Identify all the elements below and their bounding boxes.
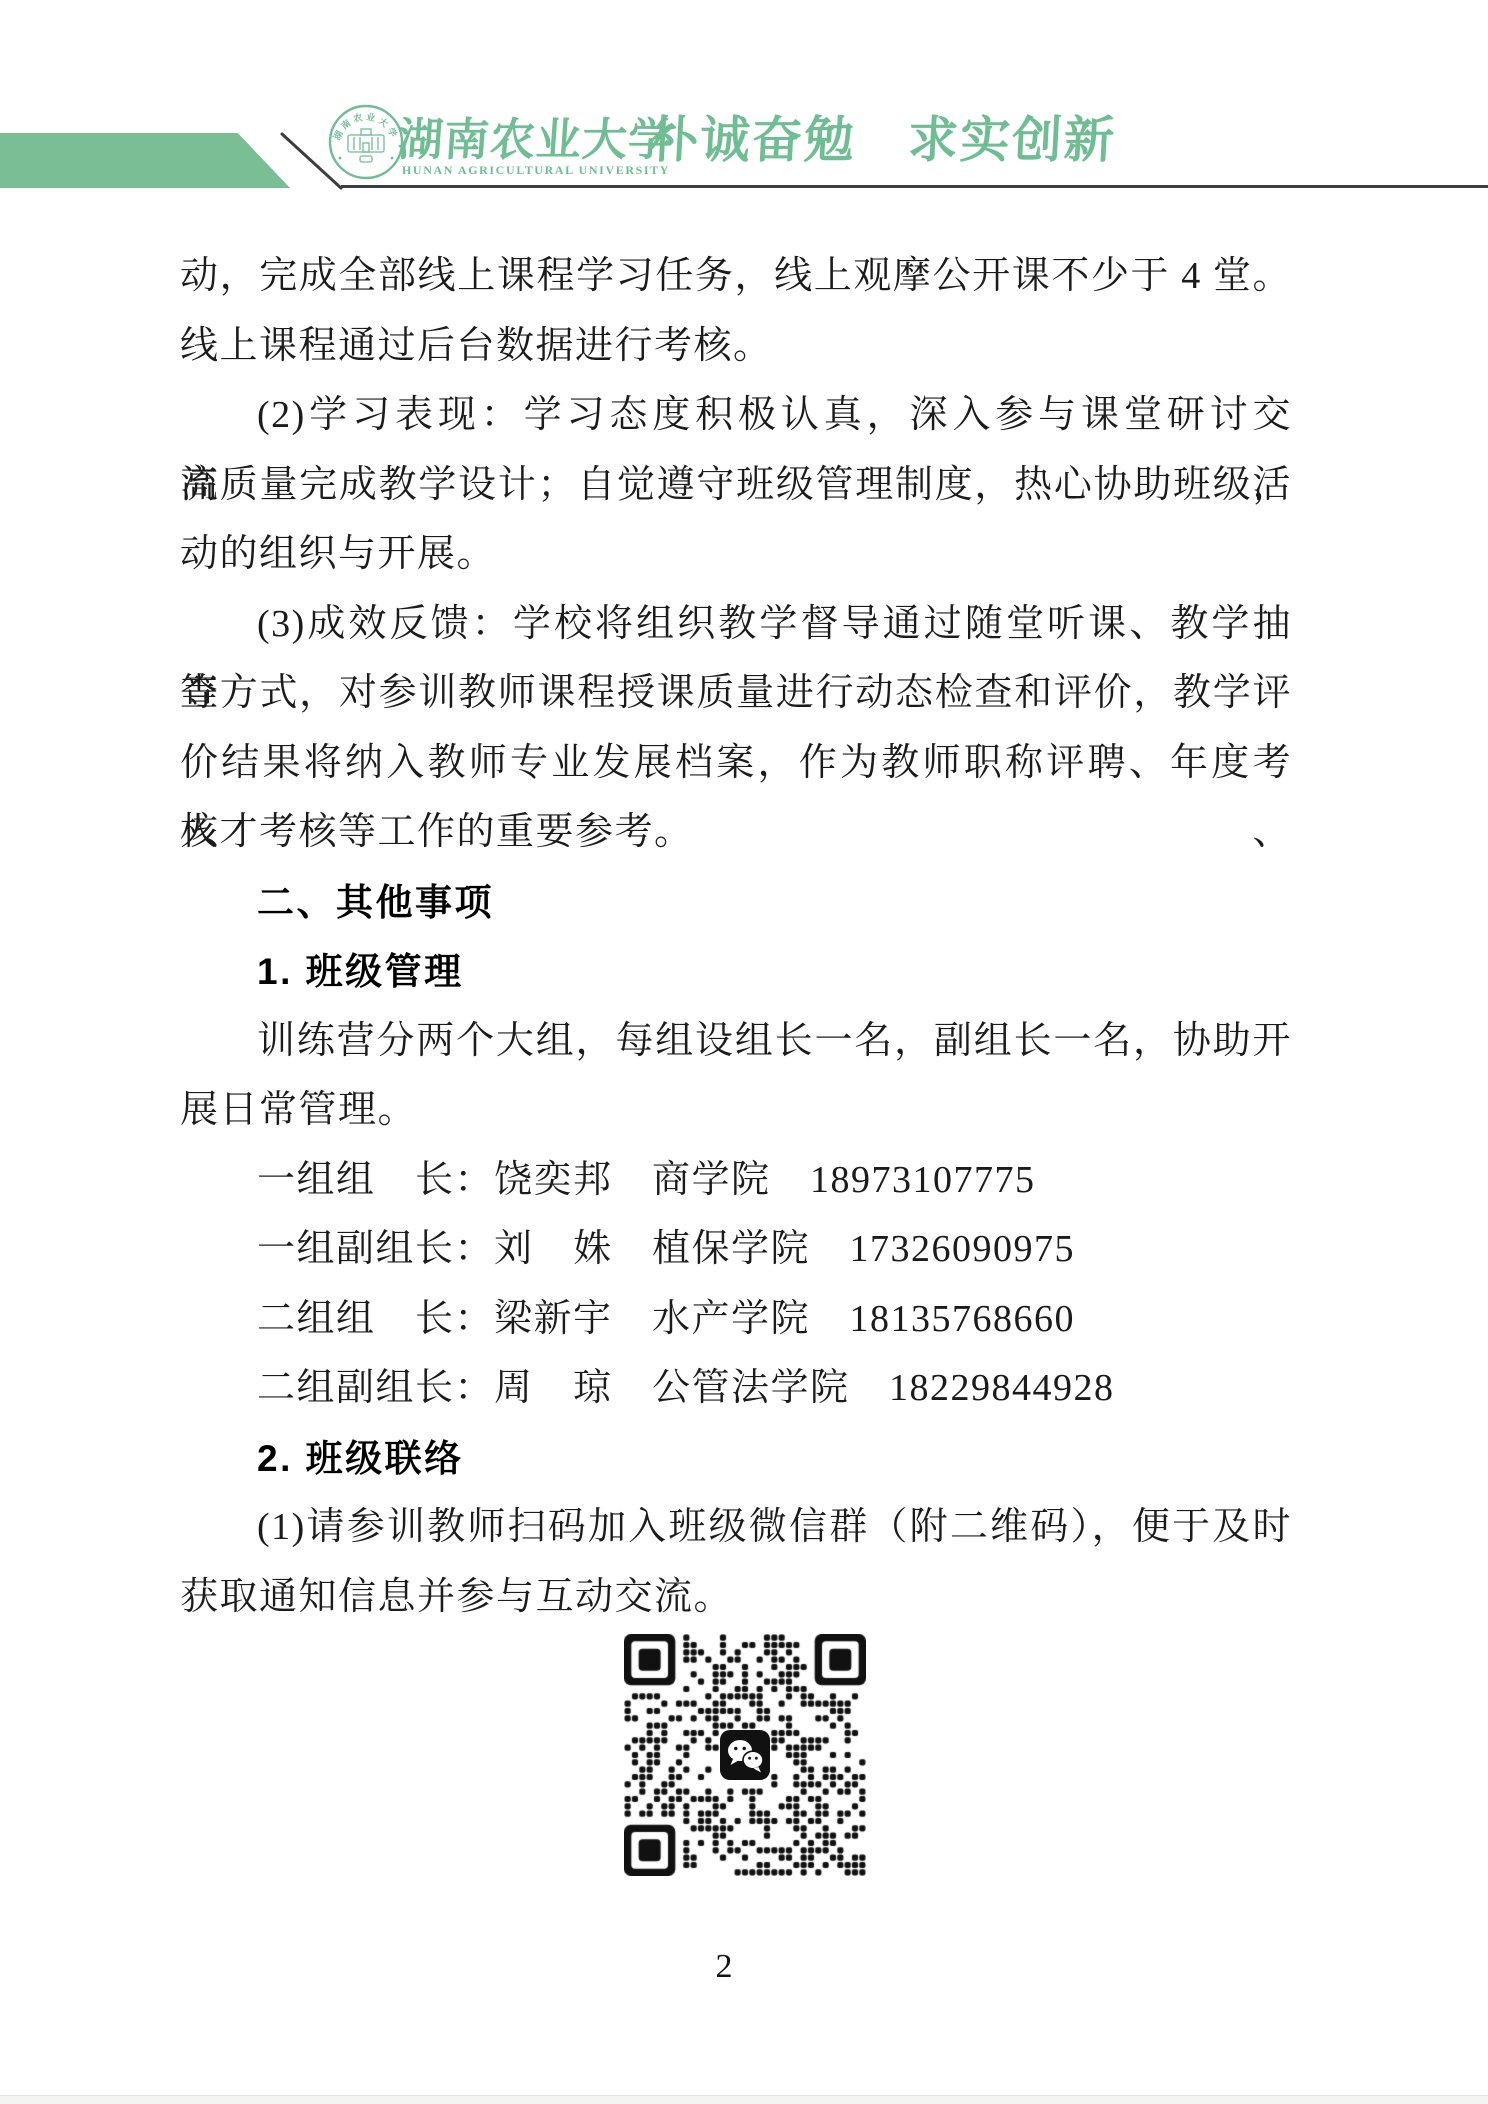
wechat-group-qr-code — [624, 1634, 866, 1876]
text-line: 训练营分两个大组，每组设组长一名，副组长一名，协助开 — [180, 1007, 1292, 1077]
text-line: 高质量完成教学设计；自觉遵守班级管理制度，热心协助班级活 — [180, 451, 1292, 521]
wechat-icon — [720, 1730, 770, 1780]
text-line: 二组副组长：周 琼 公管法学院 18229844928 — [180, 1354, 1292, 1424]
header-rule — [341, 185, 1488, 188]
document-text-block: 动，完成全部线上课程学习任务，线上观摩公开课不少于 4 堂。线上课程通过后台数据… — [180, 242, 1292, 1632]
text-line: (3)成效反馈：学校将组织教学督导通过随堂听课、教学抽查 — [180, 590, 1292, 660]
page-bottom-edge — [0, 2095, 1488, 2104]
text-line: 等方式，对参训教师课程授课质量进行动态检查和评价，教学评 — [180, 659, 1292, 729]
text-line: 一组副组长：刘 姝 植保学院 17326090975 — [180, 1215, 1292, 1285]
text-line: (2)学习表现：学习态度积极认真，深入参与课堂研讨交流， — [180, 381, 1292, 451]
text-line: 获取通知信息并参与互动交流。 — [180, 1563, 1292, 1633]
text-line: 一组组 长：饶奕邦 商学院 18973107775 — [180, 1146, 1292, 1216]
page-number: 2 — [0, 1948, 1448, 1986]
text-line: 动，完成全部线上课程学习任务，线上观摩公开课不少于 4 堂。 — [180, 242, 1292, 312]
text-line: (1)请参训教师扫码加入班级微信群（附二维码），便于及时 — [180, 1493, 1292, 1563]
section-heading: 1. 班级管理 — [180, 937, 1292, 1007]
text-line: 线上课程通过后台数据进行考核。 — [180, 312, 1292, 382]
text-line: 二组组 长：梁新宇 水产学院 18135768660 — [180, 1285, 1292, 1355]
university-name-calligraphy: 湖南农业大学 — [396, 114, 676, 166]
text-line: 价结果将纳入教师专业发展档案，作为教师职称评聘、年度考核、 — [180, 729, 1292, 799]
section-heading: 二、其他事项 — [180, 868, 1292, 938]
header-green-ribbon — [0, 133, 290, 188]
section-heading: 2. 班级联络 — [180, 1424, 1292, 1494]
seal-building-icon — [348, 129, 384, 162]
university-name-latin: HUNAN AGRICULTURAL UNIVERSITY — [402, 163, 670, 178]
university-seal-logo: 湖南农业大学 — [327, 103, 405, 181]
text-line: 动的组织与开展。 — [180, 520, 1292, 590]
university-motto-calligraphy: 朴诚奋勉 求实创新 — [646, 110, 1117, 170]
text-line: 展日常管理。 — [180, 1076, 1292, 1146]
